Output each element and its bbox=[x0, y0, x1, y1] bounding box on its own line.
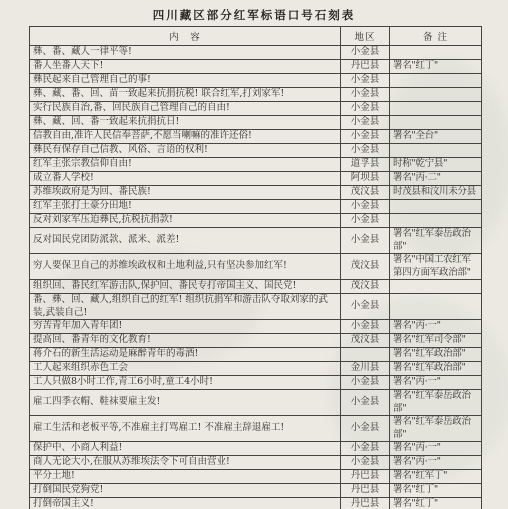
cell-content: 成立番人学校! bbox=[30, 172, 341, 186]
cell-region: 小金县 bbox=[341, 376, 390, 390]
table-row: 保护中、小商人利益!小金县署名"丙·一" bbox=[30, 442, 482, 456]
cell-region: 茂汶县 bbox=[341, 254, 390, 280]
cell-content: 蒋介石的新生活运动是麻醉青年的毒酒! bbox=[30, 348, 341, 362]
table-row: 实行民族自治,番、回民族自己管理自己的自由!小金县 bbox=[30, 102, 482, 116]
table-row: 反对国民党团防派款、派米、派差!小金县署名"红军泰岳政治部" bbox=[30, 228, 482, 254]
table-row: 反对刘家军压迫彝民,抗税抗捐款!小金县 bbox=[30, 214, 482, 228]
cell-content: 穷人要保卫自己的苏维埃政权和土地利益,只有坚决参加红军! bbox=[30, 254, 341, 280]
table-row: 番人坐番人天下!丹巴县署名"红丁" bbox=[30, 60, 482, 74]
cell-content: 反对刘家军压迫彝民,抗税抗捐款! bbox=[30, 214, 341, 228]
table-row: 雇工四季衣帽、鞋袜要雇主发!小金县署名"红军泰岳政治部" bbox=[30, 390, 482, 416]
cell-note: 署名"丙·一" bbox=[390, 456, 482, 470]
cell-region bbox=[341, 348, 390, 362]
slogan-table: 内 容 地区 备 注 彝、番、藏人一律平等!小金县番人坐番人天下!丹巴县署名"红… bbox=[29, 26, 482, 509]
cell-note: 署名"红军泰岳政治部" bbox=[390, 416, 482, 442]
cell-note: 署名"红军泰岳政治部" bbox=[390, 228, 482, 254]
table-row: 蒋介石的新生活运动是麻醉青年的毒酒!署名"红军政治部" bbox=[30, 348, 482, 362]
cell-content: 商人无论大小,在服从苏维埃法令下可自由营业! bbox=[30, 456, 341, 470]
table-row: 商人无论大小,在服从苏维埃法令下可自由营业!小金县署名"丙·一" bbox=[30, 456, 482, 470]
table-row: 彝民起来自己管理自己的事!小金县 bbox=[30, 74, 482, 88]
cell-content: 工人起来组织赤色工会 bbox=[30, 362, 341, 376]
cell-region: 小金县 bbox=[341, 46, 390, 60]
cell-region: 小金县 bbox=[341, 294, 390, 320]
cell-region: 小金县 bbox=[341, 200, 390, 214]
table-row: 雇工生活和老板平等,不准雇主打骂雇工! 不准雇主辞退雇工!小金县署名"红军泰岳政… bbox=[30, 416, 482, 442]
cell-content: 彝、藏、番、回、苗一致起来抗捐抗税! 联合红军,打刘家军! bbox=[30, 88, 341, 102]
cell-content: 彝、番、藏人一律平等! bbox=[30, 46, 341, 60]
cell-note: 署名"丙·一" bbox=[390, 442, 482, 456]
cell-region: 小金县 bbox=[341, 390, 390, 416]
table-row: 穷苦青年加入青年团!小金县署名"丙·一" bbox=[30, 320, 482, 334]
cell-region: 小金县 bbox=[341, 102, 390, 116]
cell-region: 金川县 bbox=[341, 362, 390, 376]
cell-content: 番、彝、回、藏人,组织自己的红军! 组织抗捐军和游击队夺取刘家的武装,武装自己! bbox=[30, 294, 341, 320]
cell-region: 小金县 bbox=[341, 88, 390, 102]
cell-content: 番人坐番人天下! bbox=[30, 60, 341, 74]
cell-content: 彝民起来自己管理自己的事! bbox=[30, 74, 341, 88]
cell-note: 署名"红丁" bbox=[390, 60, 482, 74]
header-content: 内 容 bbox=[30, 27, 341, 46]
table-row: 提高回、番青年的文化教育!茂汶县署名"红军司令部" bbox=[30, 334, 482, 348]
table-row: 打倒帝国主义!丹巴县署名"红丁" bbox=[30, 498, 482, 509]
cell-note: 署名"中国工农红军第四方面军政治部" bbox=[390, 254, 482, 280]
header-note: 备 注 bbox=[390, 27, 482, 46]
table-row: 彝民有保存自己信教、风俗、言语的权利!小金县 bbox=[30, 144, 482, 158]
cell-region: 丹巴县 bbox=[341, 470, 390, 484]
table-row: 工人只做8小时工作,青工6小时,童工4小时!小金县署名"丙·一" bbox=[30, 376, 482, 390]
cell-note bbox=[390, 200, 482, 214]
cell-region: 小金县 bbox=[341, 130, 390, 144]
table-row: 彝、番、藏人一律平等!小金县 bbox=[30, 46, 482, 60]
table-row: 红军主张打土豪分田地!小金县 bbox=[30, 200, 482, 214]
cell-note: 署名"红丁" bbox=[390, 498, 482, 509]
cell-region: 丹巴县 bbox=[341, 484, 390, 498]
cell-content: 苏维埃政府是为回、番民族! bbox=[30, 186, 341, 200]
cell-content: 雇工生活和老板平等,不准雇主打骂雇工! 不准雇主辞退雇工! bbox=[30, 416, 341, 442]
cell-content: 打倒国民党狗党! bbox=[30, 484, 341, 498]
cell-content: 雇工四季衣帽、鞋袜要雇主发! bbox=[30, 390, 341, 416]
cell-region: 茂汶县 bbox=[341, 280, 390, 294]
cell-note: 署名"红军丁" bbox=[390, 470, 482, 484]
cell-note: 署名"丙·二" bbox=[390, 172, 482, 186]
cell-content: 彝、藏、回、番一致起来抗捐抗日! bbox=[30, 116, 341, 130]
cell-content: 信教自由,准许人民信奉菩萨,不愿当喇嘛的准许还俗! bbox=[30, 130, 341, 144]
cell-note bbox=[390, 102, 482, 116]
cell-note bbox=[390, 116, 482, 130]
cell-content: 穷苦青年加入青年团! bbox=[30, 320, 341, 334]
cell-content: 工人只做8小时工作,青工6小时,童工4小时! bbox=[30, 376, 341, 390]
table-row: 平分土地!丹巴县署名"红军丁" bbox=[30, 470, 482, 484]
cell-note: 署名"丙·一" bbox=[390, 376, 482, 390]
cell-region: 茂汶县 bbox=[341, 334, 390, 348]
table-body: 彝、番、藏人一律平等!小金县番人坐番人天下!丹巴县署名"红丁"彝民起来自己管理自… bbox=[30, 46, 482, 509]
cell-region: 小金县 bbox=[341, 320, 390, 334]
cell-region: 丹巴县 bbox=[341, 60, 390, 74]
table-row: 番、彝、回、藏人,组织自己的红军! 组织抗捐军和游击队夺取刘家的武装,武装自己!… bbox=[30, 294, 482, 320]
cell-region: 小金县 bbox=[341, 442, 390, 456]
cell-note bbox=[390, 74, 482, 88]
cell-note: 署名"全台" bbox=[390, 130, 482, 144]
cell-region: 道孚县 bbox=[341, 158, 390, 172]
table-row: 组织回、番民红军游击队,保护回、番民专打帝国主义、国民党!茂汶县 bbox=[30, 280, 482, 294]
cell-region: 茂汶县 bbox=[341, 186, 390, 200]
cell-note bbox=[390, 214, 482, 228]
cell-note: 署名"红军司令部" bbox=[390, 334, 482, 348]
cell-note: 时茂县和汶川未分县 bbox=[390, 186, 482, 200]
cell-note: 署名"红军政治部" bbox=[390, 348, 482, 362]
cell-note: 署名"红军泰岳政治部" bbox=[390, 390, 482, 416]
table-row: 穷人要保卫自己的苏维埃政权和土地利益,只有坚决参加红军!茂汶县署名"中国工农红军… bbox=[30, 254, 482, 280]
table-header: 内 容 地区 备 注 bbox=[30, 27, 482, 46]
cell-note bbox=[390, 144, 482, 158]
cell-note bbox=[390, 280, 482, 294]
cell-content: 打倒帝国主义! bbox=[30, 498, 341, 509]
table-row: 成立番人学校!阿坝县署名"丙·二" bbox=[30, 172, 482, 186]
cell-note: 署名"红军政治部" bbox=[390, 362, 482, 376]
cell-content: 反对国民党团防派款、派米、派差! bbox=[30, 228, 341, 254]
table-row: 苏维埃政府是为回、番民族!茂汶县时茂县和汶川未分县 bbox=[30, 186, 482, 200]
cell-region: 小金县 bbox=[341, 228, 390, 254]
table-row: 信教自由,准许人民信奉菩萨,不愿当喇嘛的准许还俗!小金县署名"全台" bbox=[30, 130, 482, 144]
cell-content: 红军主张宗教信仰自由! bbox=[30, 158, 341, 172]
cell-content: 平分土地! bbox=[30, 470, 341, 484]
cell-note bbox=[390, 46, 482, 60]
cell-region: 丹巴县 bbox=[341, 498, 390, 509]
cell-content: 红军主张打土豪分田地! bbox=[30, 200, 341, 214]
cell-region: 阿坝县 bbox=[341, 172, 390, 186]
table-row: 红军主张宗教信仰自由!道孚县时称"乾宁县" bbox=[30, 158, 482, 172]
cell-note: 署名"红丁" bbox=[390, 484, 482, 498]
table-row: 彝、藏、番、回、苗一致起来抗捐抗税! 联合红军,打刘家军!小金县 bbox=[30, 88, 482, 102]
header-region: 地区 bbox=[341, 27, 390, 46]
table-row: 工人起来组织赤色工会金川县署名"红军政治部" bbox=[30, 362, 482, 376]
cell-note bbox=[390, 88, 482, 102]
cell-note: 时称"乾宁县" bbox=[390, 158, 482, 172]
cell-content: 提高回、番青年的文化教育! bbox=[30, 334, 341, 348]
cell-content: 彝民有保存自己信教、风俗、言语的权利! bbox=[30, 144, 341, 158]
cell-region: 小金县 bbox=[341, 74, 390, 88]
cell-region: 小金县 bbox=[341, 214, 390, 228]
cell-note: 署名"丙·一" bbox=[390, 320, 482, 334]
cell-region: 小金县 bbox=[341, 416, 390, 442]
cell-note bbox=[390, 294, 482, 320]
cell-region: 小金县 bbox=[341, 456, 390, 470]
page-title: 四川藏区部分红军标语口号石刻表 bbox=[0, 7, 508, 23]
table-row: 彝、藏、回、番一致起来抗捐抗日!小金县 bbox=[30, 116, 482, 130]
cell-region: 小金县 bbox=[341, 116, 390, 130]
header-row: 内 容 地区 备 注 bbox=[30, 27, 482, 46]
table-row: 打倒国民党狗党!丹巴县署名"红丁" bbox=[30, 484, 482, 498]
cell-content: 组织回、番民红军游击队,保护回、番民专打帝国主义、国民党! bbox=[30, 280, 341, 294]
cell-content: 保护中、小商人利益! bbox=[30, 442, 341, 456]
cell-region: 小金县 bbox=[341, 144, 390, 158]
cell-content: 实行民族自治,番、回民族自己管理自己的自由! bbox=[30, 102, 341, 116]
